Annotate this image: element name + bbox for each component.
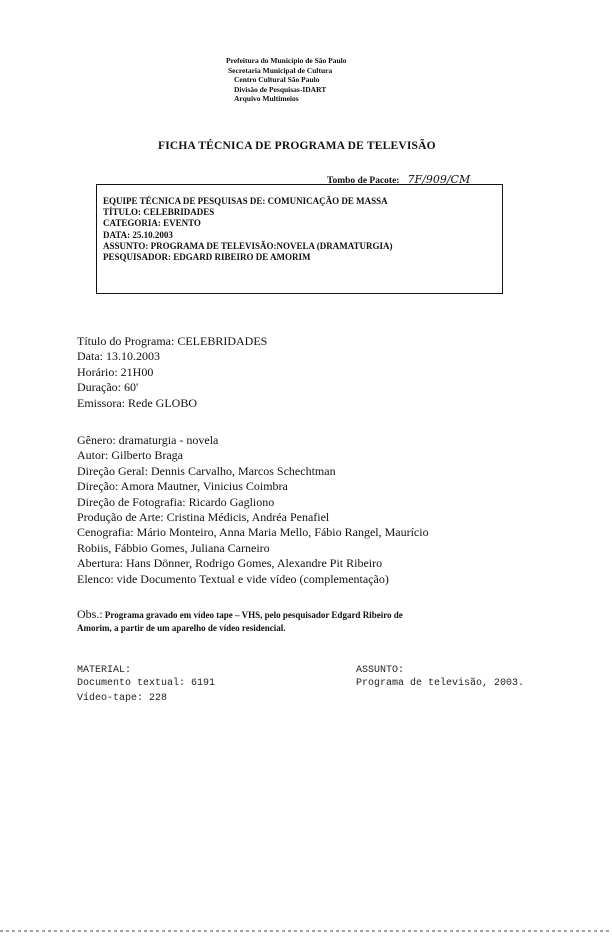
institution-header: Prefeitura do Município de São Paulo Sec…	[226, 56, 347, 104]
header-line: Centro Cultural São Paulo	[226, 75, 347, 85]
observations: Obs.: Programa gravado em vídeo tape – V…	[77, 608, 403, 635]
credit-scenography: Cenografia: Mário Monteiro, Anna Maria M…	[77, 525, 429, 540]
credit-genre: Gênero: dramaturgia - novela	[77, 433, 429, 448]
credit-art-production: Produção de Arte: Cristina Médicis, Andr…	[77, 510, 429, 525]
scan-edge-artifact	[0, 930, 612, 932]
box-line-category: CATEGORIA: EVENTO	[103, 218, 393, 229]
material-section: MATERIAL: Documento textual: 6191 Vídeo-…	[77, 665, 215, 706]
credits-list: Gênero: dramaturgia - novela Autor: Gilb…	[77, 433, 429, 587]
program-info: Título do Programa: CELEBRIDADES Data: 1…	[77, 334, 267, 411]
material-videotape: Vídeo-tape: 228	[77, 693, 215, 706]
box-line-title: TÍTULO: CELEBRIDADES	[103, 207, 393, 218]
program-date: Data: 13.10.2003	[77, 349, 267, 364]
research-info-box: EQUIPE TÉCNICA DE PESQUISAS DE: COMUNICA…	[96, 184, 503, 294]
program-time: Horário: 21H00	[77, 365, 267, 380]
credit-direction: Direção: Amora Mautner, Vinicius Coimbra	[77, 479, 429, 494]
box-line-researcher: PESQUISADOR: EDGARD RIBEIRO DE AMORIM	[103, 252, 393, 263]
header-line: Arquivo Multimeios	[226, 94, 347, 104]
credit-scenography-cont: Robiis, Fábbio Gomes, Juliana Carneiro	[77, 541, 429, 556]
subject-value: Programa de televisão, 2003.	[356, 678, 524, 691]
box-line-date: DATA: 25.10.2003	[103, 230, 393, 241]
document-title: FICHA TÉCNICA DE PROGRAMA DE TELEVISÃO	[158, 140, 436, 152]
obs-line-2: Amorim, a partir de um aparelho de vídeo…	[77, 622, 403, 635]
obs-label: Obs.:	[77, 607, 103, 621]
credit-cast: Elenco: vide Documento Textual e vide ví…	[77, 572, 429, 587]
credit-opening: Abertura: Hans Dönner, Rodrigo Gomes, Al…	[77, 556, 429, 571]
subject-section: ASSUNTO: Programa de televisão, 2003.	[356, 665, 524, 690]
program-duration: Duração: 60'	[77, 380, 267, 395]
header-line: Secretaria Municipal de Cultura	[226, 66, 347, 76]
obs-line-1: Programa gravado em vídeo tape – VHS, pe…	[105, 610, 403, 620]
credit-author: Autor: Gilberto Braga	[77, 448, 429, 463]
credit-photography: Direção de Fotografia: Ricardo Gagliono	[77, 495, 429, 510]
credit-general-direction: Direção Geral: Dennis Carvalho, Marcos S…	[77, 464, 429, 479]
material-textual: Documento textual: 6191	[77, 678, 215, 691]
header-line: Prefeitura do Município de São Paulo	[226, 56, 347, 66]
subject-heading: ASSUNTO:	[356, 665, 524, 678]
header-line: Divisão de Pesquisas-IDART	[226, 85, 347, 95]
material-heading: MATERIAL:	[77, 665, 215, 678]
box-line-team: EQUIPE TÉCNICA DE PESQUISAS DE: COMUNICA…	[103, 196, 393, 207]
program-broadcaster: Emissora: Rede GLOBO	[77, 396, 267, 411]
box-line-subject: ASSUNTO: PROGRAMA DE TELEVISÃO:NOVELA (D…	[103, 241, 393, 252]
program-title: Título do Programa: CELEBRIDADES	[77, 334, 267, 349]
